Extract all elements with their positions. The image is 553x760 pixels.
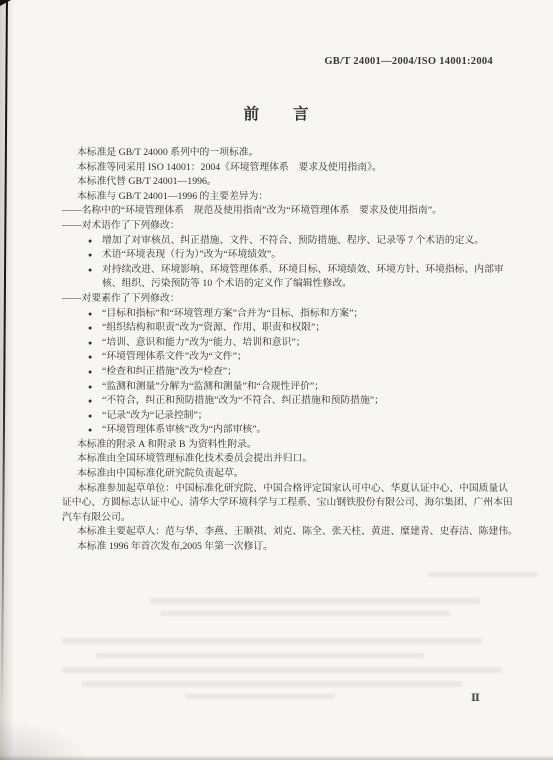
bleed-through-artifact: [82, 681, 462, 687]
standard-code: GB/T 24001—2004/ISO 14001:2004: [324, 56, 493, 67]
bullet-icon: ●: [88, 350, 92, 365]
line-text: “环境管理体系审核”改为“内部审核”。: [102, 424, 266, 435]
line-text: 本标准主要起草人：范与华、李燕、王顺祺、刘克、陈全、张天柱、黄进、糜建青、史春洁…: [77, 526, 518, 537]
bullet-icon: ●: [88, 263, 92, 278]
line-text: 本标准由全国环境管理标准化技术委员会提出并归口。: [77, 453, 312, 464]
bullet-icon: ●: [88, 365, 92, 380]
bleed-through-artifact: [185, 694, 335, 699]
bullet-item: ●“目标和指标”和“环境管理方案”合并为“目标、指标和方案”；: [62, 307, 512, 322]
bullet-icon: ●: [88, 234, 92, 249]
bullet-item: ●“检查和纠正措施”改为“检查”；: [62, 365, 512, 380]
line-text: 对持续改进、环境影响、环境管理体系、环境目标、环境绩效、环境方针、环境指标、内部…: [102, 264, 504, 275]
bullet-icon: ●: [88, 409, 92, 424]
line-text: ——对术语作了下列修改：: [62, 220, 180, 231]
line-text: 术语“环境表现（行为）”改为“环境绩效”。: [102, 249, 281, 260]
text-line: 汽车有限公司。: [62, 511, 512, 526]
line-text: 本标准是 GB/T 24000 系列中的一项标准。: [77, 147, 258, 158]
line-text: “检查和纠正措施”改为“检查”；: [102, 366, 237, 377]
line-text: ——对要素作了下列修改：: [62, 293, 180, 304]
line-text: 本标准参加起草单位：中国标准化研究院、中国合格评定国家认可中心、华夏认证中心、中…: [77, 483, 508, 494]
bleed-through-artifact: [62, 638, 482, 644]
line-text: “不符合，纠正和预防措施”改为“不符合、纠正措施和预防措施”；: [102, 395, 384, 406]
line-text: 增加了对审核员、纠正措施、文件、不符合、预防措施、程序、记录等 7 个术语的定义…: [102, 235, 484, 246]
bleed-through-artifact: [428, 572, 538, 577]
text-line: 本标准由中国标准化研究院负责起草。: [62, 467, 512, 482]
page-number: Ⅱ: [471, 692, 480, 704]
text-line: 本标准由全国环境管理标准化技术委员会提出并归口。: [62, 452, 512, 467]
line-text: 汽车有限公司。: [62, 512, 131, 523]
text-line: 本标准是 GB/T 24000 系列中的一项标准。: [62, 146, 512, 161]
line-text: 核、组织、污染预防等 10 个术语的定义作了编辑性修改。: [102, 278, 352, 289]
line-text: 本标准等同采用 ISO 14001：2004《环境管理体系 要求及使用指南》。: [77, 162, 382, 173]
line-text: “目标和指标”和“环境管理方案”合并为“目标、指标和方案”；: [102, 308, 363, 319]
bullet-item: ●对持续改进、环境影响、环境管理体系、环境目标、环境绩效、环境方针、环境指标、内…: [62, 263, 512, 278]
bullet-icon: ●: [88, 423, 92, 438]
bullet-item: ●“不符合，纠正和预防措施”改为“不符合、纠正措施和预防措施”；: [62, 394, 512, 409]
text-line: 本标准与 GB/T 24001—1996 的主要差异为：: [62, 190, 512, 205]
line-text: 本标准由中国标准化研究院负责起草。: [77, 468, 244, 479]
bleed-through-artifact: [150, 598, 480, 604]
line-text: ——名称中的“环境管理体系 规范及使用指南”改为“环境管理体系 要求及使用指南”…: [62, 205, 442, 216]
line-text: “培训、意识和能力”改为“能力、培训和意识”；: [102, 337, 306, 348]
line-text: “监测和测量”分解为“监测和测量”和“合规性评价”；: [102, 381, 324, 392]
line-text: 本标准的附录 A 和附录 B 为资料性附录。: [77, 439, 257, 450]
text-line: 本标准的附录 A 和附录 B 为资料性附录。: [62, 438, 512, 453]
bullet-icon: ●: [88, 394, 92, 409]
bullet-item: ●“监测和测量”分解为“监测和测量”和“合规性评价”；: [62, 380, 512, 395]
bullet-item: ●增加了对审核员、纠正措施、文件、不符合、预防措施、程序、记录等 7 个术语的定…: [62, 234, 512, 249]
bullet-item: ●“环境管理体系文件”改为“文件”；: [62, 350, 512, 365]
line-text: “组织结构和职责”改为“资源、作用、职责和权限”；: [102, 322, 325, 333]
foreword-body: 本标准是 GB/T 24000 系列中的一项标准。本标准等同采用 ISO 140…: [62, 146, 512, 555]
text-line: 本标准参加起草单位：中国标准化研究院、中国合格评定国家认可中心、华夏认证中心、中…: [62, 482, 512, 497]
text-line: 核、组织、污染预防等 10 个术语的定义作了编辑性修改。: [62, 277, 512, 292]
scan-bottom-shading: [0, 755, 553, 760]
bullet-icon: ●: [88, 248, 92, 263]
bullet-icon: ●: [88, 336, 92, 351]
text-line: ——对术语作了下列修改：: [62, 219, 512, 234]
document-page: GB/T 24001—2004/ISO 14001:2004 前 言 本标准是 …: [0, 0, 553, 760]
text-line: 本标准代替 GB/T 24001—1996。: [62, 175, 512, 190]
page-title: 前 言: [0, 102, 553, 124]
bullet-icon: ●: [88, 380, 92, 395]
bullet-icon: ●: [88, 321, 92, 336]
line-text: 本标准代替 GB/T 24001—1996。: [77, 176, 217, 187]
line-text: 本标准与 GB/T 24001—1996 的主要差异为：: [77, 191, 268, 202]
bullet-item: ●“环境管理体系审核”改为“内部审核”。: [62, 423, 512, 438]
text-line: ——对要素作了下列修改：: [62, 292, 512, 307]
line-text: 本标准 1996 年首次发布,2005 年第一次修订。: [77, 541, 273, 552]
line-text: “记录”改为“记录控制”；: [102, 410, 208, 421]
line-text: 证中心、方圆标志认证中心、清华大学环境科学与工程系、宝山钢铁股份有限公司、海尔集…: [62, 497, 513, 508]
bullet-item: ●“组织结构和职责”改为“资源、作用、职责和权限”；: [62, 321, 512, 336]
text-line: ——名称中的“环境管理体系 规范及使用指南”改为“环境管理体系 要求及使用指南”…: [62, 204, 512, 219]
text-line: 证中心、方圆标志认证中心、清华大学环境科学与工程系、宝山钢铁股份有限公司、海尔集…: [62, 496, 512, 511]
bleed-through-artifact: [95, 653, 425, 658]
text-line: 本标准主要起草人：范与华、李燕、王顺祺、刘克、陈全、张天柱、黄进、糜建青、史春洁…: [62, 525, 512, 540]
line-text: “环境管理体系文件”改为“文件”；: [102, 351, 247, 362]
text-line: 本标准等同采用 ISO 14001：2004《环境管理体系 要求及使用指南》。: [62, 161, 512, 176]
bullet-icon: ●: [88, 307, 92, 322]
bullet-item: ●“记录”改为“记录控制”；: [62, 409, 512, 424]
bullet-item: ●术语“环境表现（行为）”改为“环境绩效”。: [62, 248, 512, 263]
bleed-through-artifact: [160, 611, 450, 616]
text-line: 本标准 1996 年首次发布,2005 年第一次修订。: [62, 540, 512, 555]
bullet-item: ●“培训、意识和能力”改为“能力、培训和意识”；: [62, 336, 512, 351]
bleed-through-artifact: [62, 667, 502, 673]
scan-corner-shading: [0, 720, 90, 760]
